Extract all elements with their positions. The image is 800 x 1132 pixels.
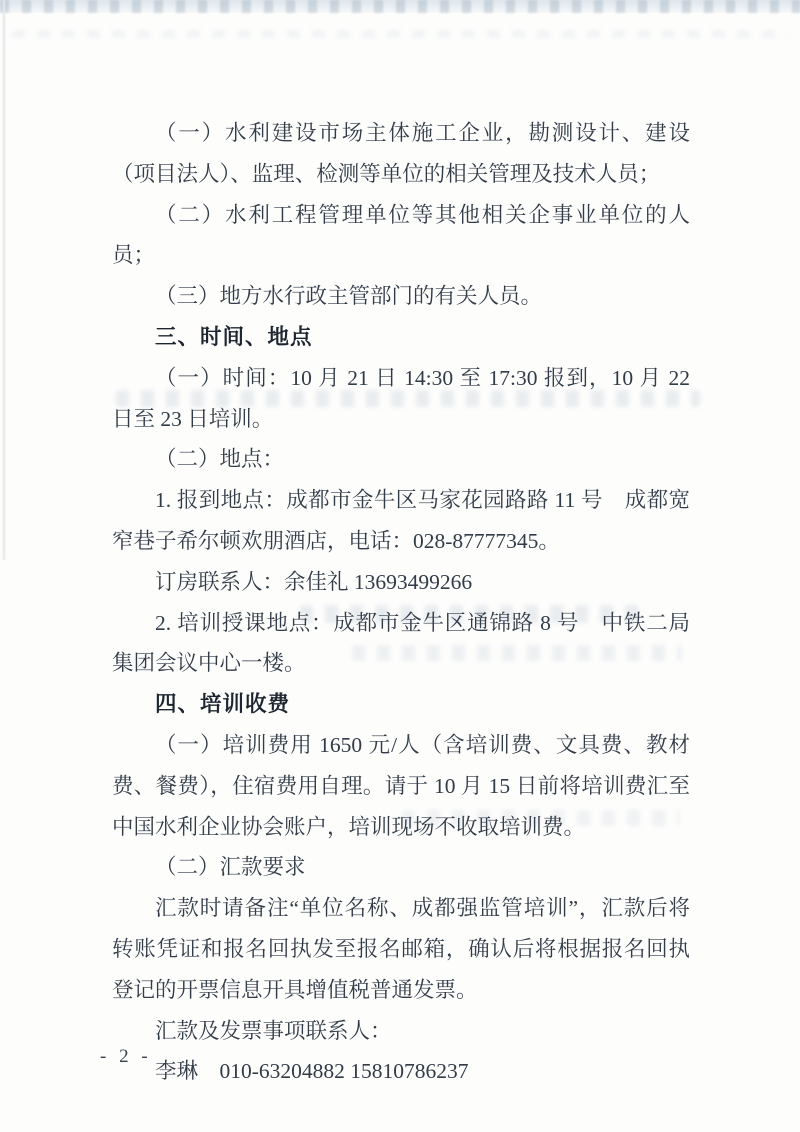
participants-item-2: （二）水利工程管理单位等其他相关企事业单位的人员； bbox=[112, 195, 690, 277]
para-location-label: （二）地点： bbox=[112, 439, 690, 480]
scan-edge-artifact-left bbox=[3, 0, 5, 560]
heading-time-location: 三、时间、地点 bbox=[112, 317, 690, 358]
bleed-through-artifact bbox=[12, 30, 788, 38]
para-hotel-contact: 订房联系人：余佳礼 13693499266 bbox=[112, 562, 690, 603]
para-remittance-label: （二）汇款要求 bbox=[112, 847, 690, 888]
para-fee-details: （一）培训费用 1650 元/人（含培训费、文具费、教材费、餐费），住宿费用自理… bbox=[112, 725, 690, 847]
heading-training-fee: 四、培训收费 bbox=[112, 684, 690, 725]
para-invoice-contact-label: 汇款及发票事项联系人： bbox=[112, 1011, 690, 1052]
scan-edge-artifact bbox=[0, 0, 800, 13]
para-training-venue: 2. 培训授课地点：成都市金牛区通锦路 8 号 中铁二局集团会议中心一楼。 bbox=[112, 603, 690, 685]
participants-item-3: （三）地方水行政主管部门的有关人员。 bbox=[112, 276, 690, 317]
document-body: （一）水利建设市场主体施工企业，勘测设计、建设（项目法人）、监理、检测等单位的相… bbox=[112, 113, 690, 1092]
scanned-page: （一）水利建设市场主体施工企业，勘测设计、建设（项目法人）、监理、检测等单位的相… bbox=[0, 0, 800, 1132]
page-number: - 2 - bbox=[100, 1046, 152, 1068]
para-remittance-requirements: 汇款时请备注“单位名称、成都强监管培训”，汇款后将转账凭证和报名回执发至报名邮箱… bbox=[112, 888, 690, 1010]
para-time: （一）时间：10 月 21 日 14:30 至 17:30 报到，10 月 22… bbox=[112, 358, 690, 440]
para-contact-li-lin: 李琳 010-63204882 15810786237 bbox=[112, 1051, 690, 1092]
participants-item-1: （一）水利建设市场主体施工企业，勘测设计、建设（项目法人）、监理、检测等单位的相… bbox=[112, 113, 690, 195]
para-checkin-address: 1. 报到地点：成都市金牛区马家花园路路 11 号 成都宽窄巷子希尔顿欢朋酒店，… bbox=[112, 480, 690, 562]
